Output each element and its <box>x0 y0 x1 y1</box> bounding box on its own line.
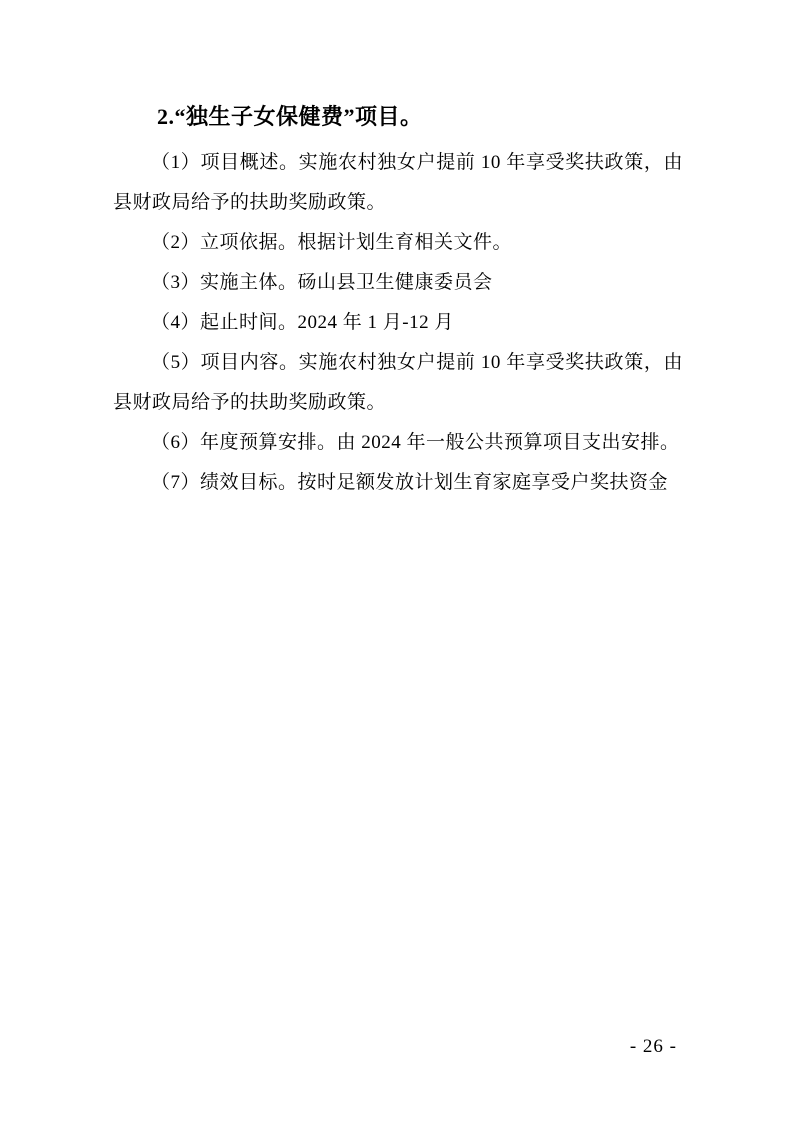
page-number: - 26 - <box>630 1036 677 1058</box>
paragraph-implementing-body: （3）实施主体。砀山县卫生健康委员会 <box>113 263 683 303</box>
document-content: 2.“独生子女保健费”项目。 （1）项目概述。实施农村独女户提前 10 年享受奖… <box>113 96 683 503</box>
paragraph-performance-target: （7）绩效目标。按时足额发放计划生育家庭享受户奖扶资金 <box>113 463 683 503</box>
paragraph-annual-budget: （6）年度预算安排。由 2024 年一般公共预算项目支出安排。 <box>113 423 683 463</box>
paragraph-project-overview: （1）项目概述。实施农村独女户提前 10 年享受奖扶政策，由县财政局给予的扶助奖… <box>113 143 683 223</box>
document-page: 2.“独生子女保健费”项目。 （1）项目概述。实施农村独女户提前 10 年享受奖… <box>0 0 793 1122</box>
paragraph-time-period: （4）起止时间。2024 年 1 月-12 月 <box>113 303 683 343</box>
paragraph-project-content: （5）项目内容。实施农村独女户提前 10 年享受奖扶政策，由县财政局给予的扶助奖… <box>113 343 683 423</box>
paragraph-project-basis: （2）立项依据。根据计划生育相关文件。 <box>113 223 683 263</box>
section-heading: 2.“独生子女保健费”项目。 <box>113 96 683 138</box>
